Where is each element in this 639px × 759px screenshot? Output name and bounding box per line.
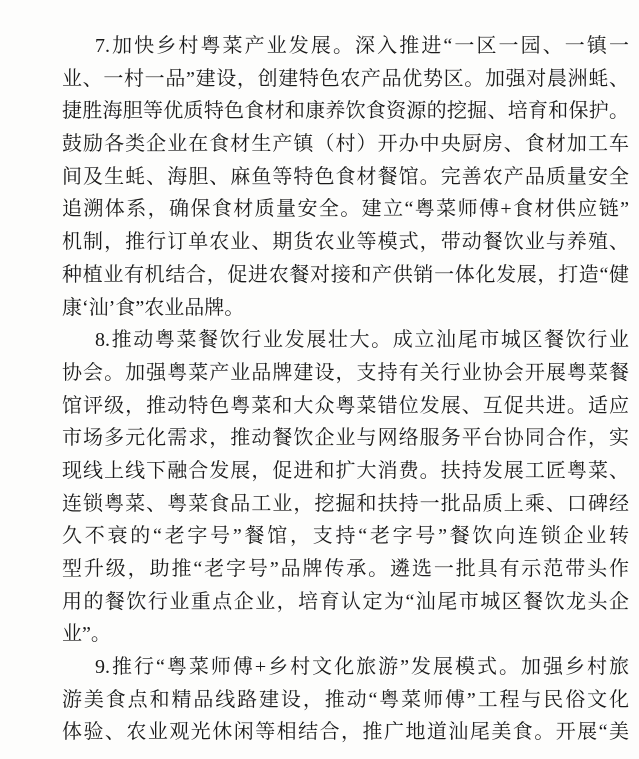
text-line: 久不衰的“老字号”餐馆，支持“老字号”餐饮向连锁企业转: [62, 520, 629, 553]
paragraph-7: 7.加快乡村粤菜产业发展。深入推进“一区一园、一镇一业、一村一品”建设，创建特色…: [62, 30, 629, 324]
text-line: 馆评级，推动特色粤菜和大众粤菜错位发展、互促共进。适应: [62, 390, 629, 423]
text-line: 连锁粤菜、粤菜食品工业，挖掘和扶持一批品质上乘、口碑经: [62, 488, 629, 521]
text-block: 7.加快乡村粤菜产业发展。深入推进“一区一园、一镇一业、一村一品”建设，创建特色…: [62, 30, 629, 749]
text-line: 型升级，助推“老字号”品牌传承。遴选一批具有示范带头作: [62, 553, 629, 586]
text-line: 捷胜海胆等优质特色食材和康养饮食资源的挖掘、培育和保护。: [62, 95, 629, 128]
text-line: 鼓励各类企业在食材生产镇（村）开办中央厨房、食材加工车: [62, 128, 629, 161]
text-line: 8.推动粤菜餐饮行业发展壮大。成立汕尾市城区餐饮行业: [62, 324, 629, 357]
text-line: 追溯体系，确保食材质量安全。建立“粤菜师傅+食材供应链”: [62, 193, 629, 226]
text-line: 体验、农业观光休闲等相结合，推广地道汕尾美食。开展“美: [62, 716, 629, 749]
document-page: 7.加快乡村粤菜产业发展。深入推进“一区一园、一镇一业、一村一品”建设，创建特色…: [0, 0, 639, 759]
text-line: 协会。加强粤菜产业品牌建设，支持有关行业协会开展粤菜餐: [62, 357, 629, 390]
text-line: 游美食点和精品线路建设，推动“粤菜师傅”工程与民俗文化: [62, 684, 629, 717]
text-line: 机制，推行订单农业、期货农业等模式，带动餐饮业与养殖、: [62, 226, 629, 259]
text-line: 种植业有机结合，促进农餐对接和产供销一体化发展，打造“健: [62, 259, 629, 292]
text-line: 业、一村一品”建设，创建特色农产品优势区。加强对晨洲蚝、: [62, 63, 629, 96]
paragraph-8: 8.推动粤菜餐饮行业发展壮大。成立汕尾市城区餐饮行业协会。加强粤菜产业品牌建设，…: [62, 324, 629, 651]
text-line: 康‘汕’食”农业品牌。: [62, 292, 629, 325]
scanned-document-screenshot: { "page": { "background_color": "#fdfdfc…: [0, 0, 639, 759]
text-line: 业”。: [62, 618, 629, 651]
text-line: 用的餐饮行业重点企业，培育认定为“汕尾市城区餐饮龙头企: [62, 586, 629, 619]
text-line: 现线上线下融合发展，促进和扩大消费。扶持发展工匠粤菜、: [62, 455, 629, 488]
text-line: 7.加快乡村粤菜产业发展。深入推进“一区一园、一镇一: [62, 30, 629, 63]
text-line: 9.推行“粤菜师傅+乡村文化旅游”发展模式。加强乡村旅: [62, 651, 629, 684]
text-line: 间及生蚝、海胆、麻鱼等特色食材餐馆。完善农产品质量安全: [62, 161, 629, 194]
text-line: 市场多元化需求，推动餐饮企业与网络服务平台协同合作，实: [62, 422, 629, 455]
paragraph-9: 9.推行“粤菜师傅+乡村文化旅游”发展模式。加强乡村旅游美食点和精品线路建设，推…: [62, 651, 629, 749]
